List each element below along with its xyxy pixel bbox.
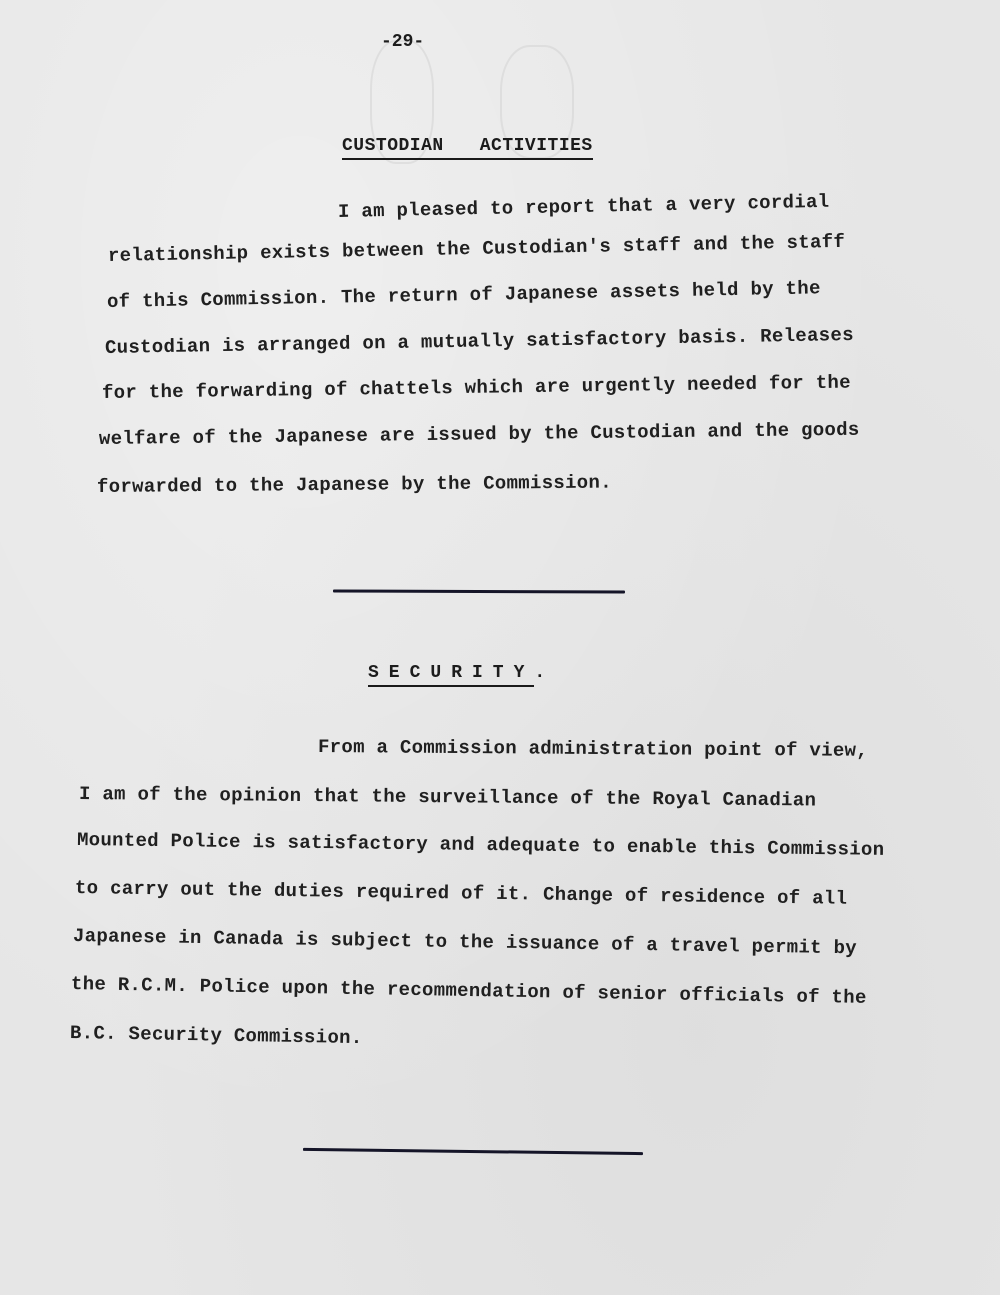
heading-word: SECURITY: [368, 663, 534, 687]
page-number: -29-: [381, 32, 424, 52]
heading-period: .: [534, 663, 555, 683]
paragraph-line: forwarded to the Japanese by the Commiss…: [97, 472, 612, 498]
heading-word: ACTIVITIES: [480, 136, 593, 156]
heading-word: CUSTODIAN: [342, 136, 444, 156]
section-heading-security: SECURITY.: [368, 663, 555, 683]
section-heading-custodian-activities: CUSTODIANACTIVITIES: [342, 136, 593, 156]
paper-background: [0, 0, 1000, 1295]
paragraph-line: From a Commission administration point o…: [318, 736, 868, 762]
